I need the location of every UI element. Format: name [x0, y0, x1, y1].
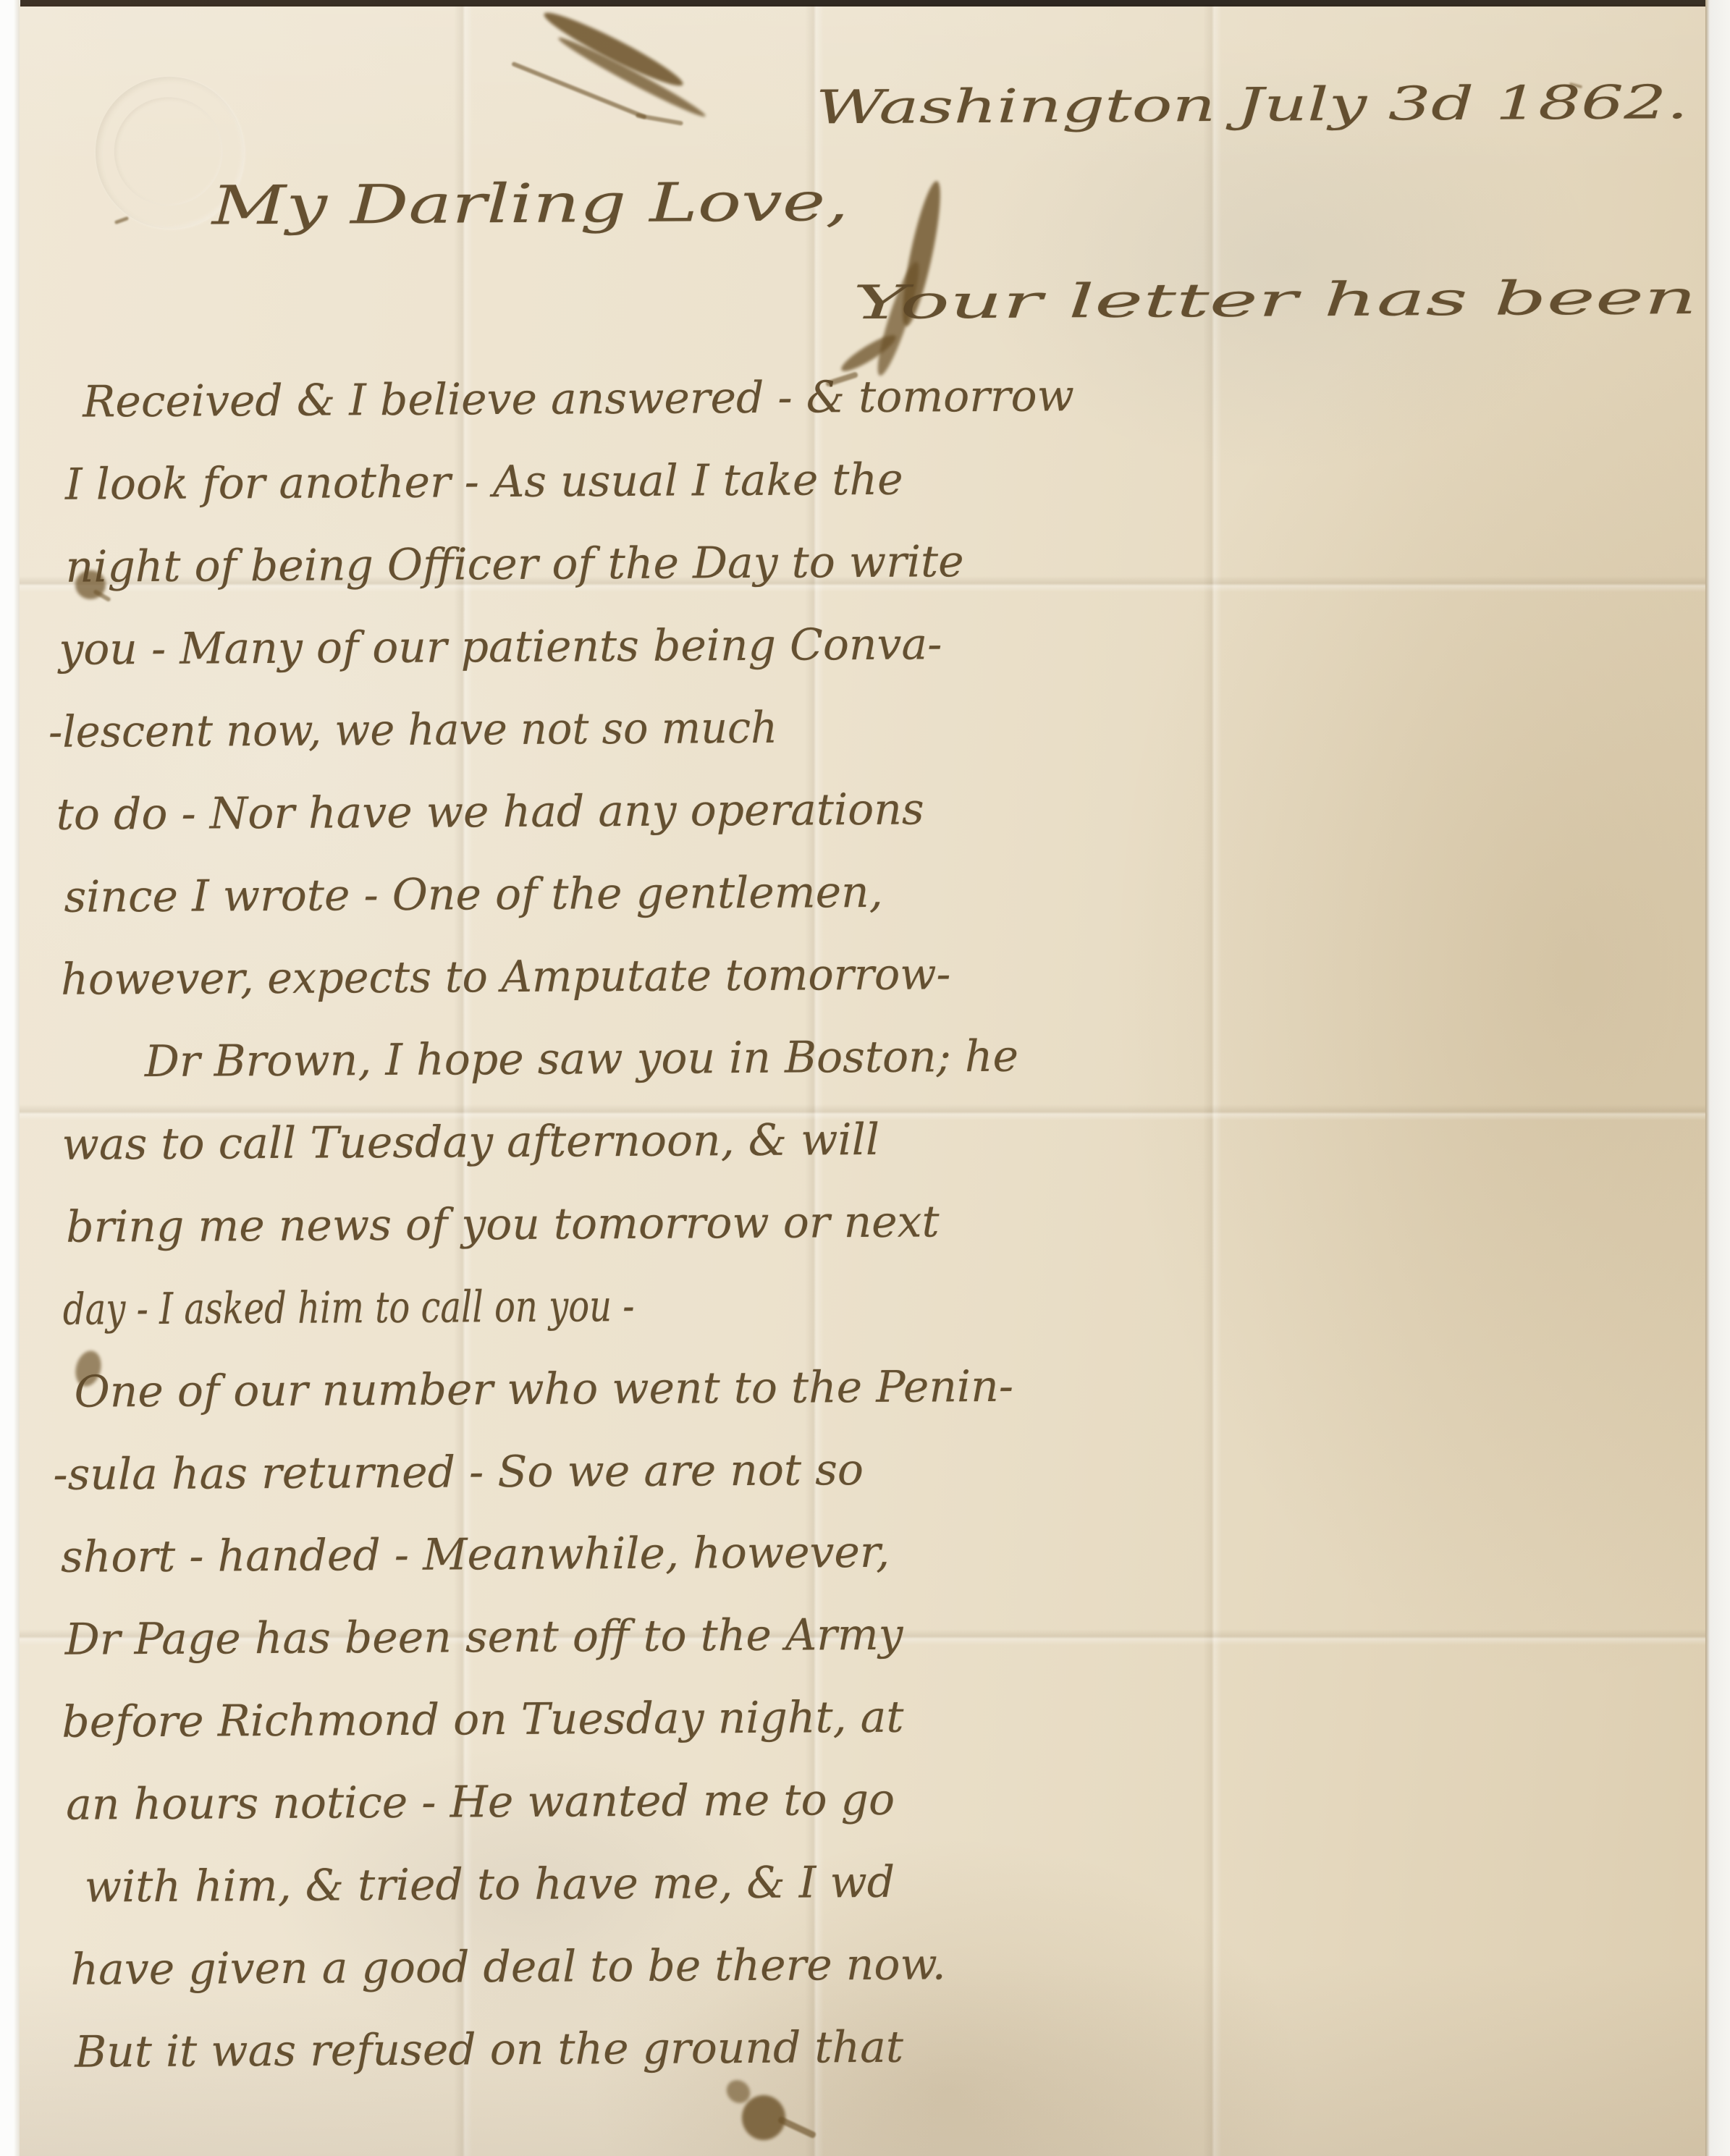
letter-dateline: Washington July 3d 1862. [816, 76, 1689, 135]
letter-salutation: My Darling Love, [211, 171, 848, 237]
letter-line: bring me news of you tomorrow or next [66, 1176, 1709, 1269]
letter-line: before Richmond on Tuesday night, at [62, 1671, 1712, 1764]
letter-line: night of being Officer of the Day to wri… [65, 516, 1705, 609]
letter-line: Received & I believe answered - & tomorr… [83, 351, 1704, 444]
letter-body: Received & I believe answered - & tomorr… [46, 351, 1716, 2094]
letter-line: day - I asked him to call on you - [63, 1261, 1382, 1351]
letter-line: -sula has returned - So we are not so [53, 1424, 1710, 1516]
letter-line: One of our number who went to the Penin- [74, 1341, 1710, 1434]
letter-line: I look for another - As usual I take the [65, 434, 1705, 526]
letter-opening-line: Your letter has been [853, 271, 1697, 330]
letter-line: have given a good deal to be there now. [70, 1919, 1713, 2011]
letter-line: But it was refused on the ground that [75, 2001, 1714, 2094]
letter-line: was to call Tuesday afternoon, & will [62, 1094, 1708, 1186]
letter-line: short - handed - Meanwhile, however, [61, 1506, 1711, 1599]
letter-line: you - Many of our patients being Conva- [59, 599, 1705, 691]
letter-line: however, expects to Amputate tomorrow- [61, 929, 1675, 1021]
letter-line: an hours notice - He wanted me to go [66, 1754, 1713, 1846]
letter-line: with him, & tried to have me, & I wd [84, 1836, 1713, 1929]
letter-line: Dr Page has been sent off to the Army [64, 1589, 1711, 1681]
letter-line: to do - Nor have we had any operations [56, 764, 1706, 856]
letter-text: Washington July 3d 1862. My Darling Love… [0, 0, 1730, 2156]
letter-line: Dr Brown, I hope saw you in Boston; he [144, 1011, 1708, 1103]
letter-line: -lescent now, we have not so much [48, 682, 1634, 774]
letter-line: since I wrote - One of the gentlemen, [64, 846, 1707, 939]
